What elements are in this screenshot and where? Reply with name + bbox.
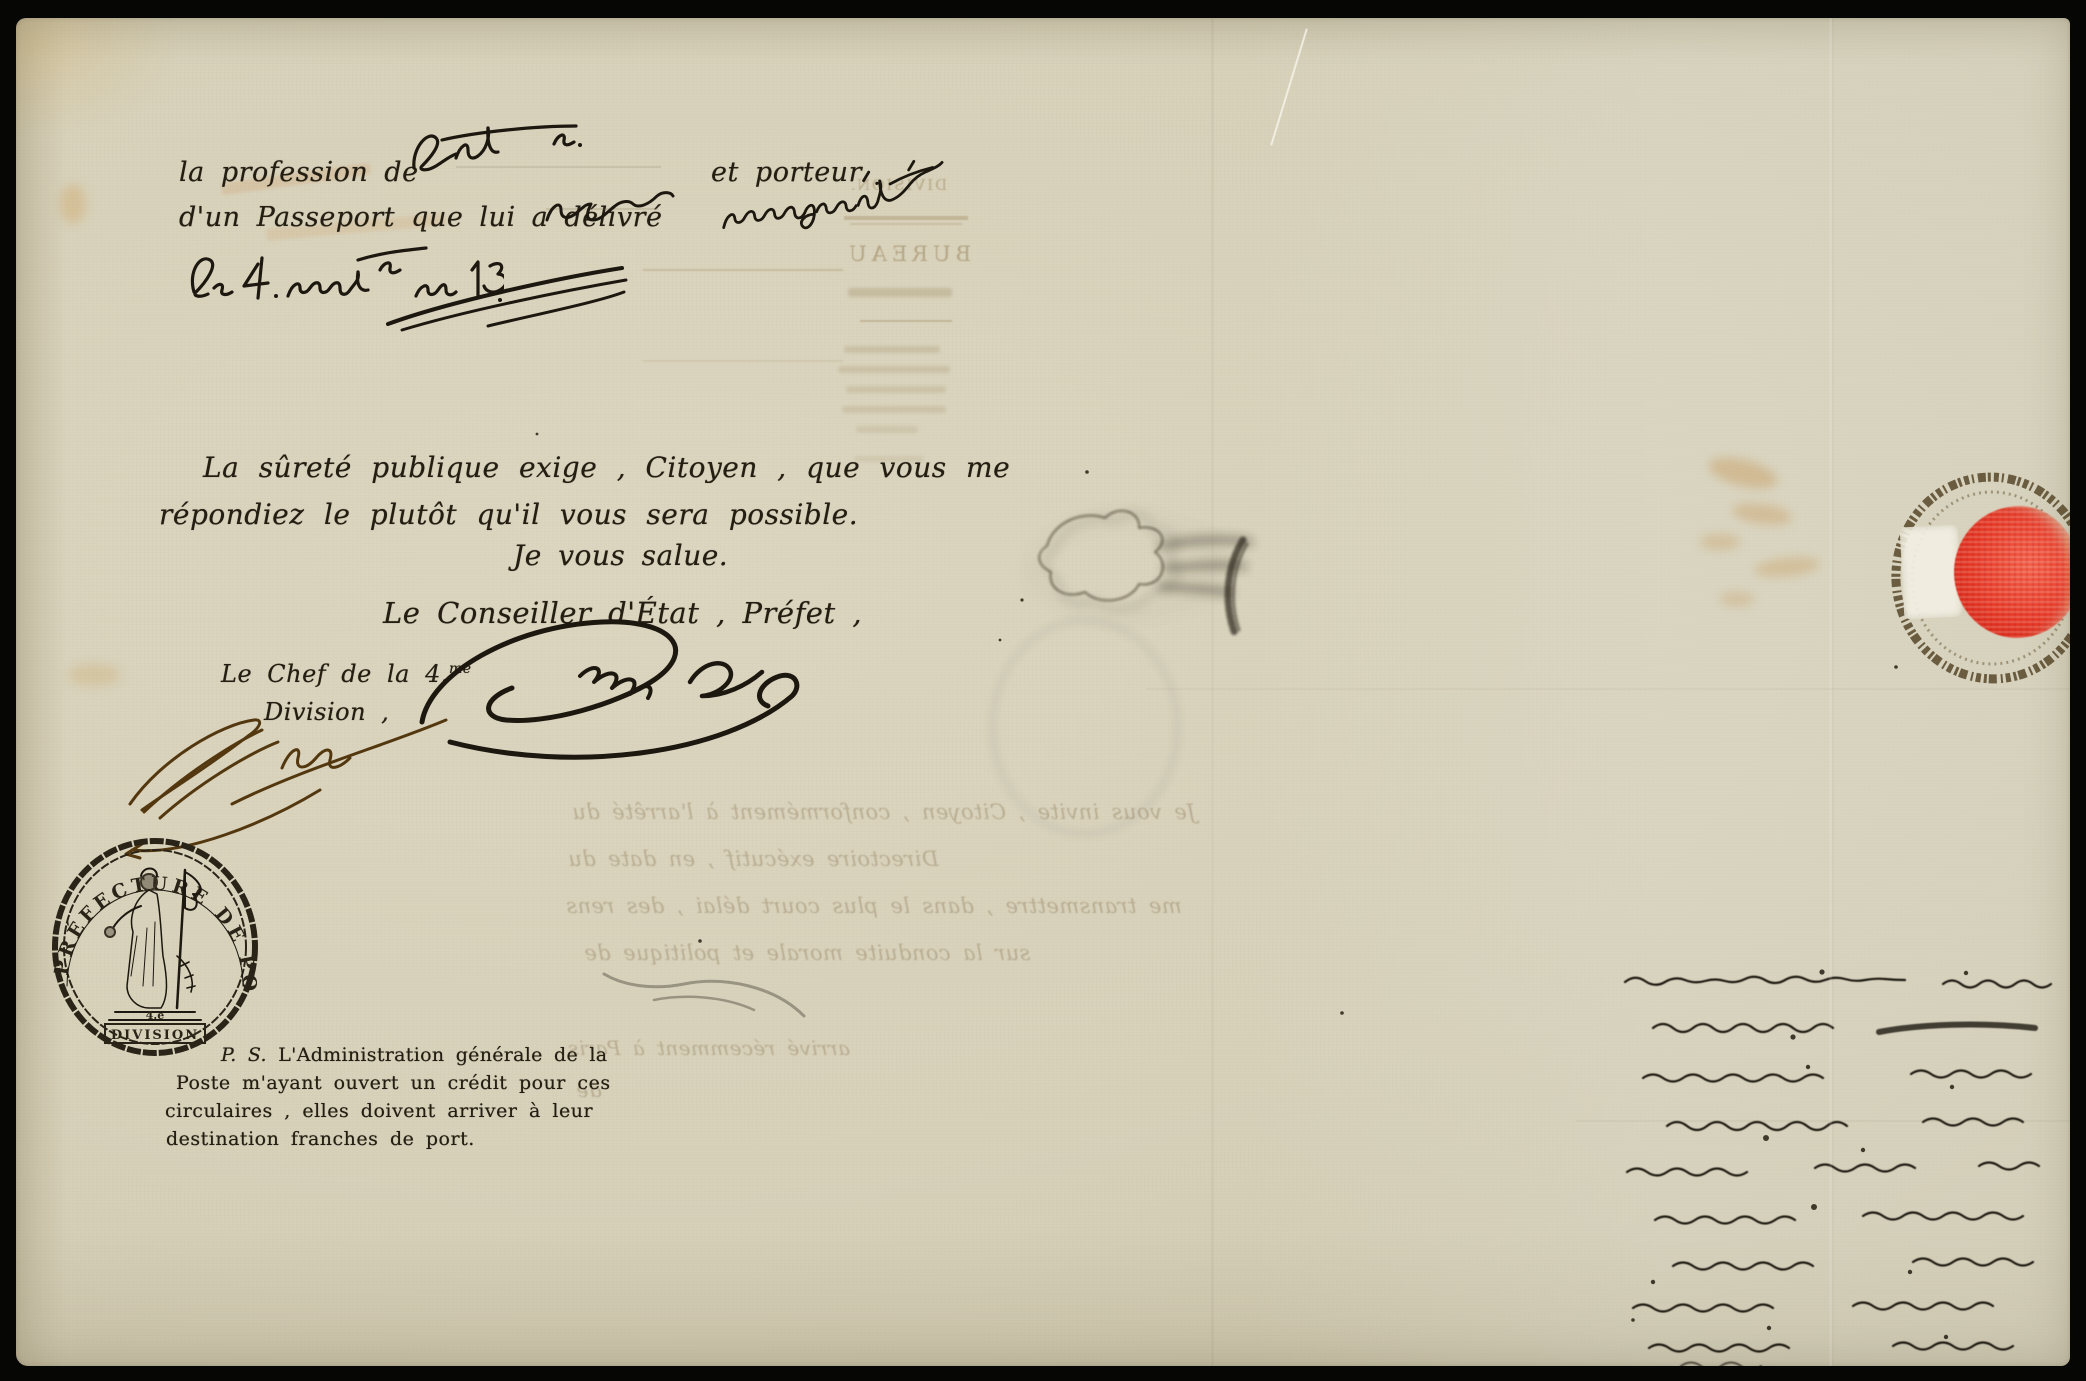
ink-specks (16, 18, 2070, 1366)
document-paper: DIVISION. BUREAU Je vous invite , Citoye… (16, 18, 2070, 1366)
photo-background: DIVISION. BUREAU Je vous invite , Citoye… (0, 0, 2086, 1381)
